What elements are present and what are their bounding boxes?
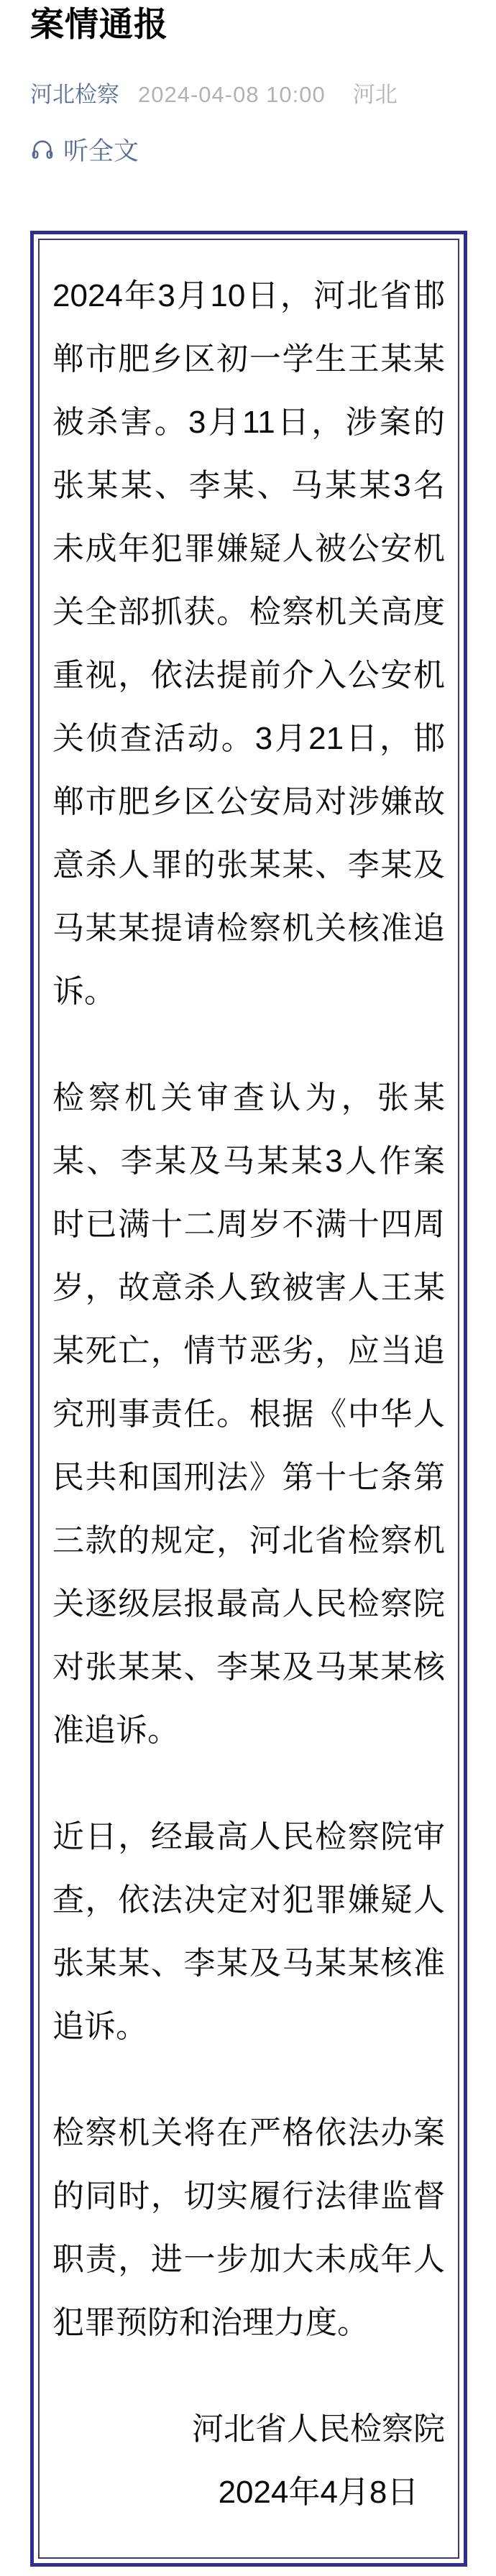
notice-paragraph: 检察机关审查认为，张某某、李某及马某某3人作案时已满十二周岁不满十四周岁，故意杀…: [52, 1067, 445, 1762]
signature-org: 河北省人民检察院: [192, 2398, 445, 2461]
publish-datetime: 2024-04-08 10:00: [138, 82, 326, 108]
article-page: 案情通报 河北检察 2024-04-08 10:00 河北 听全文 2024年3…: [0, 0, 496, 2567]
account-name-link[interactable]: 河北检察: [30, 76, 119, 109]
notice-paragraph: 检察机关将在严格依法办案的同时，切实履行法律监督职责，进一步加大未成年人犯罪预防…: [52, 2102, 445, 2355]
listen-button[interactable]: 听全文: [30, 132, 467, 167]
publish-location: 河北: [353, 76, 398, 109]
notice-box: 2024年3月10日，河北省邯郸市肥乡区初一学生王某某被杀害。3月11日，涉案的…: [30, 231, 467, 2567]
notice-box-inner: 2024年3月10日，河北省邯郸市肥乡区初一学生王某某被杀害。3月11日，涉案的…: [38, 239, 459, 2559]
notice-paragraph: 近日，经最高人民检察院审查，依法决定对犯罪嫌疑人张某某、李某及马某某核准追诉。: [52, 1805, 445, 2058]
headphones-icon: [30, 137, 55, 162]
article-meta: 河北检察 2024-04-08 10:00 河北: [30, 76, 467, 109]
page-title: 案情通报: [30, 4, 467, 45]
notice-paragraph: 2024年3月10日，河北省邯郸市肥乡区初一学生王某某被杀害。3月11日，涉案的…: [52, 264, 445, 1023]
signature-block: 河北省人民检察院 2024年4月8日: [192, 2398, 445, 2524]
signature-date: 2024年4月8日: [192, 2461, 445, 2524]
listen-label: 听全文: [63, 132, 139, 167]
